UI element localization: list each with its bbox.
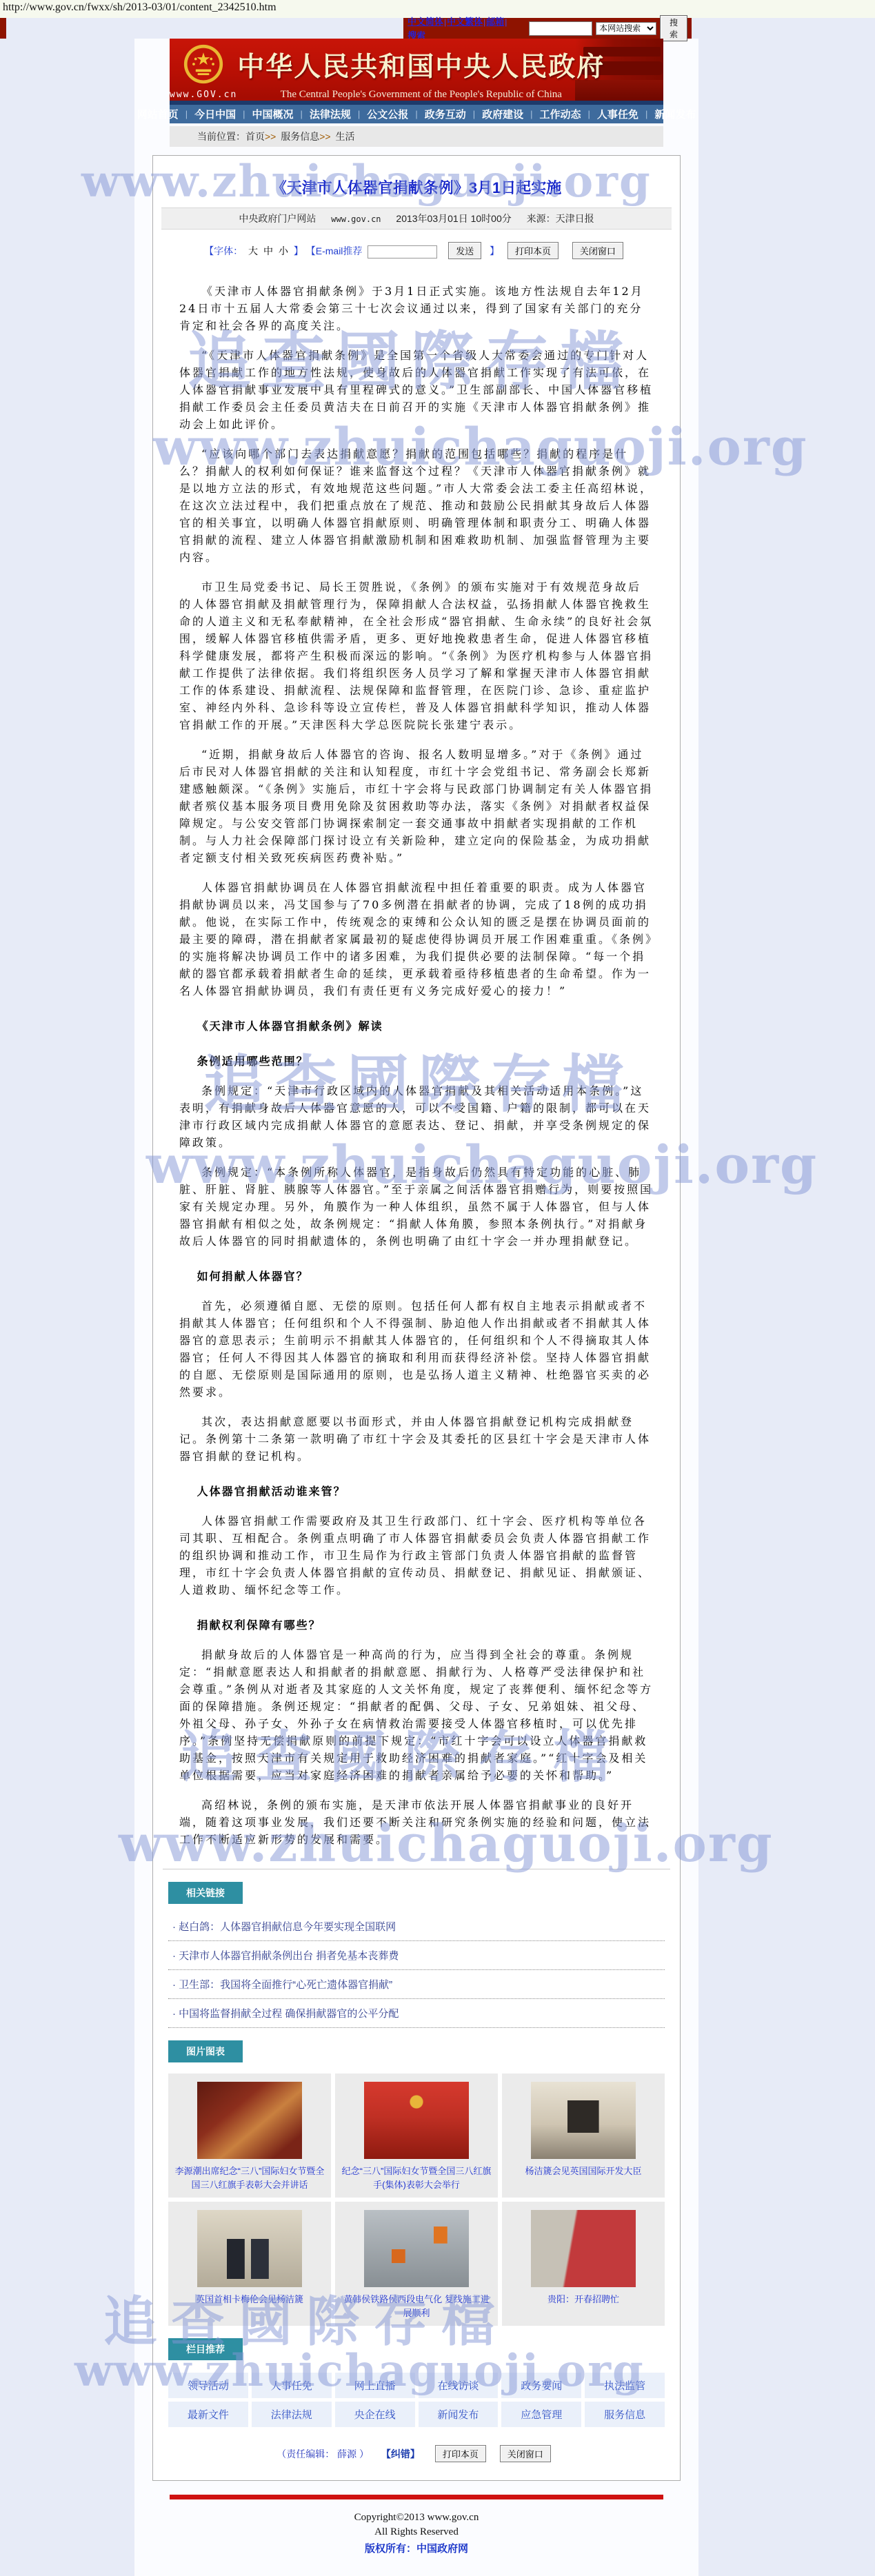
column-link[interactable]: 人事任免 xyxy=(252,2373,332,2398)
photo-gallery-header: 图片图表 xyxy=(168,2040,243,2062)
nav-item-1[interactable]: 网站首页 xyxy=(137,107,179,121)
news-photo[interactable] xyxy=(364,2082,469,2159)
separator: | xyxy=(415,109,417,119)
page-footer: Copyright©2013 www.gov.cn All Rights Res… xyxy=(134,2499,698,2573)
photo-caption[interactable]: 李源潮出席纪念“三八”国际妇女节暨全国三八红旗手表彰大会并讲话 xyxy=(172,2164,327,2192)
photo-caption[interactable]: 贵阳：开春招聘忙 xyxy=(506,2293,661,2306)
topbar-link-2[interactable]: 中文繁体 xyxy=(447,17,483,27)
meta-source-label: 来源： xyxy=(527,213,556,224)
separator: | xyxy=(243,109,245,119)
column-link[interactable]: 服务信息 xyxy=(585,2402,665,2427)
top-utility-row: 中文简体|中文繁体|邮箱|搜索 本网站搜索 搜索 xyxy=(0,18,875,39)
column-recommend-grid: 领导活动人事任免网上直播在线访谈政务要闻执法监管最新文件法律法规央企在线新闻发布… xyxy=(168,2373,665,2427)
breadcrumb-item-2[interactable]: 服务信息 xyxy=(281,131,319,142)
editor-row: （责任编辑： 薛源 ） 【纠错】 打印本页 关闭窗口 xyxy=(168,2445,665,2462)
article-paragraph: 捐献身故后的人体器官是一种高尚的行为，应当得到全社会的尊重。条例规定：“捐献意愿… xyxy=(179,1646,654,1784)
meta-datetime: 2013年03月01日 10时00分 xyxy=(396,213,511,224)
site-title: 中华人民共和国中央人民政府 xyxy=(237,45,605,84)
font-size-option-2[interactable]: 中 xyxy=(263,245,273,256)
news-photo[interactable] xyxy=(197,2082,302,2159)
article-paragraph: 市卫生局党委书记、局长王贺胜说，《条例》的颁布实施对于有效规范身故后的人体器官捐… xyxy=(179,578,654,733)
article-paragraph: 其次，表达捐献意愿要以书面形式，并由人体器官捐献登记机构完成捐献登记。条例第十二… xyxy=(179,1413,654,1465)
photo-caption[interactable]: 英国首相卡梅伦会见杨洁篪 xyxy=(172,2293,327,2306)
separator: | xyxy=(505,17,507,27)
separator: | xyxy=(483,17,485,27)
related-link-4[interactable]: 中国将监督捐献全过程 确保捐献器官的公平分配 xyxy=(168,1999,665,2028)
national-emblem-icon xyxy=(183,43,224,85)
footer-rights: All Rights Reserved xyxy=(134,2526,698,2538)
column-link[interactable]: 央企在线 xyxy=(335,2402,415,2427)
nav-item-3[interactable]: 中国概况 xyxy=(252,107,293,121)
gallery-item-3: 杨洁篪会见英国国际开发大臣 xyxy=(502,2073,665,2198)
close-window-button[interactable]: 关闭窗口 xyxy=(572,242,623,259)
breadcrumb-separator: >> xyxy=(319,131,333,142)
article-paragraph: 人体器官捐献协调员在人体器官捐献流程中担任着重要的职责。成为人体器官捐献协调员以… xyxy=(179,879,654,1000)
separator: | xyxy=(444,17,446,27)
separator: | xyxy=(185,109,188,119)
corner-decoration xyxy=(0,18,6,39)
separator: | xyxy=(473,109,475,119)
email-send-button[interactable]: 发送 xyxy=(448,242,481,259)
email-recommend-input[interactable] xyxy=(368,245,437,258)
column-link[interactable]: 应急管理 xyxy=(501,2402,581,2427)
article-heading: 捐献权利保障有哪些？ xyxy=(179,1616,654,1634)
gallery-item-5: 黄韩侯铁路侯西段电气化 复线施工进展顺利 xyxy=(335,2202,498,2326)
footer-owner-link[interactable]: 版权所有：中国政府网 xyxy=(134,2541,698,2555)
site-header: www.GOV.cn 中华人民共和国中央人民政府 The Central Peo… xyxy=(170,39,663,101)
font-size-option-1[interactable]: 大 xyxy=(248,245,258,256)
breadcrumb-item-1[interactable]: 首页 xyxy=(245,131,265,142)
meta-source-site: 中央政府门户网站 xyxy=(239,213,316,224)
article-title: 《天津市人体器官捐献条例》3月1日起实施 xyxy=(174,176,659,198)
close-window-button-bottom[interactable]: 关闭窗口 xyxy=(500,2445,551,2462)
site-subtitle: The Central People's Government of the P… xyxy=(237,89,605,101)
nav-item-2[interactable]: 今日中国 xyxy=(194,107,236,121)
separator: | xyxy=(645,109,647,119)
gallery-item-1: 李源潮出席纪念“三八”国际妇女节暨全国三八红旗手表彰大会并讲话 xyxy=(168,2073,331,2198)
related-links-list: 赵白鸽：人体器官捐献信息今年要实现全国联网天津市人体器官捐献条例出台 捐者免基本… xyxy=(168,1912,665,2028)
news-photo[interactable] xyxy=(364,2210,469,2287)
article-heading: 条例适用哪些范围？ xyxy=(179,1053,654,1070)
news-photo[interactable] xyxy=(531,2082,636,2159)
breadcrumb: 当前位置： 首页>> 服务信息>> 生活 xyxy=(170,126,663,147)
article-paragraph: “应该向哪个部门去表达捐献意愿？捐献的范围包括哪些？捐献的程序是什么？捐献人的权… xyxy=(179,445,654,566)
article-paragraph: “近期，捐献身故后人体器官的咨询、报名人数明显增多。”对于《条例》通过后市民对人… xyxy=(179,746,654,866)
article-paragraph: 《天津市人体器官捐献条例》于3月1日正式实施。该地方性法规自去年12月24日市十… xyxy=(179,283,654,334)
nav-item-7[interactable]: 政府建设 xyxy=(482,107,523,121)
font-size-option-3[interactable]: 小 xyxy=(279,245,288,256)
site-search-input[interactable] xyxy=(529,21,592,36)
column-link[interactable]: 领导活动 xyxy=(168,2373,248,2398)
gallery-item-6: 贵阳：开春招聘忙 xyxy=(502,2202,665,2326)
nav-item-6[interactable]: 政务互动 xyxy=(425,107,466,121)
related-link-1[interactable]: 赵白鸽：人体器官捐献信息今年要实现全国联网 xyxy=(168,1912,665,1941)
related-links-header: 相关链接 xyxy=(168,1882,243,1904)
article-paragraph: “《天津市人体器官捐献条例》是全国第一个省级人大常委会通过的专门针对人体器官捐献… xyxy=(179,347,654,433)
news-photo[interactable] xyxy=(531,2210,636,2287)
nav-item-8[interactable]: 工作动态 xyxy=(540,107,581,121)
related-link-3[interactable]: 卫生部：我国将全面推行“心死亡遗体器官捐献” xyxy=(168,1970,665,1999)
article-paragraph: 人体器官捐献工作需要政府及其卫生行政部门、红十字会、医疗机构等单位各司其职、互相… xyxy=(179,1512,654,1599)
print-page-button[interactable]: 打印本页 xyxy=(507,242,559,259)
gallery-item-4: 英国首相卡梅伦会见杨洁篪 xyxy=(168,2202,331,2326)
meta-site-url: www.gov.cn xyxy=(331,214,381,224)
column-link[interactable]: 法律法规 xyxy=(252,2402,332,2427)
article-paragraph: 条例规定：“本条例所称人体器官，是指身故后仍然具有特定功能的心脏、肺脏、肝脏、肾… xyxy=(179,1164,654,1250)
photo-gallery: 李源潮出席纪念“三八”国际妇女节暨全国三八红旗手表彰大会并讲话纪念“三八”国际妇… xyxy=(168,2073,665,2326)
header-site-url: www.GOV.cn xyxy=(170,90,237,100)
article-meta-bar: 中央政府门户网站 www.gov.cn 2013年03月01日 10时00分 来… xyxy=(161,207,672,230)
article-paragraph: 首先，必须遵循自愿、无偿的原则。包括任何人都有权自主地表示捐献或者不捐献其人体器… xyxy=(179,1297,654,1401)
editor-credit: （责任编辑： 薛源 ） xyxy=(276,2448,369,2460)
separator: | xyxy=(301,109,303,119)
news-photo[interactable] xyxy=(197,2210,302,2287)
topbar-link-3[interactable]: 邮箱 xyxy=(486,17,504,27)
top-utility-bar: 中文简体|中文繁体|邮箱|搜索 本网站搜索 搜索 xyxy=(403,18,692,39)
print-page-button-bottom[interactable]: 打印本页 xyxy=(435,2445,486,2462)
article-heading: 《天津市人体器官捐献条例》解读 xyxy=(179,1017,654,1035)
separator: | xyxy=(358,109,360,119)
article-heading: 如何捐献人体器官？ xyxy=(179,1268,654,1285)
nav-item-4[interactable]: 法律法规 xyxy=(310,107,351,121)
font-size-label: 【字体： xyxy=(204,245,243,256)
separator: | xyxy=(530,109,532,119)
site-search-button[interactable]: 搜索 xyxy=(660,15,687,41)
nav-item-5[interactable]: 公文公报 xyxy=(367,107,408,121)
article-paragraph: 条例规定：“天津市行政区域内的人体器官捐献及其相关活动适用本条例。”这表明，有捐… xyxy=(179,1082,654,1151)
nav-item-9[interactable]: 人事任免 xyxy=(597,107,638,121)
breadcrumb-separator: >> xyxy=(265,131,279,142)
main-navigation: 网站首页|今日中国|中国概况|法律法规|公文公报|政务互动|政府建设|工作动态|… xyxy=(170,105,663,123)
photo-caption[interactable]: 杨洁篪会见英国国际开发大臣 xyxy=(506,2164,661,2178)
email-recommend-label: 【E-mail推荐 xyxy=(306,245,363,256)
language-links: 中文简体|中文繁体|邮箱|搜索 xyxy=(408,14,525,42)
footer-red-bar xyxy=(170,2495,663,2499)
photo-caption[interactable]: 黄韩侯铁路侯西段电气化 复线施工进展顺利 xyxy=(339,2293,494,2320)
column-recommend-header: 栏目推荐 xyxy=(168,2338,243,2360)
article-heading: 人体器官捐献活动谁来管？ xyxy=(179,1483,654,1500)
error-correction-link[interactable]: 【纠错】 xyxy=(381,2448,420,2460)
column-link[interactable]: 新闻发布 xyxy=(419,2402,499,2427)
topbar-link-1[interactable]: 中文简体 xyxy=(408,17,443,27)
nav-item-10[interactable]: 新闻发布 xyxy=(654,107,696,121)
column-link[interactable]: 执法监管 xyxy=(585,2373,665,2398)
article-toolbar: 【字体： 大中小 】 【E-mail推荐 发送 】 打印本页 关闭窗口 xyxy=(153,242,680,259)
article-paragraph: 高绍林说，条例的颁布实施，是天津市依法开展人体器官捐献事业的良好开端，随着这项事… xyxy=(179,1796,654,1848)
column-link[interactable]: 网上直播 xyxy=(335,2373,415,2398)
search-scope-select[interactable]: 本网站搜索 xyxy=(596,22,656,35)
gallery-item-2: 纪念“三八”国际妇女节暨全国三八红旗手(集体)表彰大会举行 xyxy=(335,2073,498,2198)
column-link[interactable]: 最新文件 xyxy=(168,2402,248,2427)
article-body: 《天津市人体器官捐献条例》于3月1日正式实施。该地方性法规自去年12月24日市十… xyxy=(153,262,680,1848)
related-link-2[interactable]: 天津市人体器官捐献条例出台 捐者免基本丧葬费 xyxy=(168,1941,665,1970)
column-link[interactable]: 在线访谈 xyxy=(419,2373,499,2398)
breadcrumb-item-3[interactable]: 生活 xyxy=(336,131,355,142)
page-canvas: www.GOV.cn 中华人民共和国中央人民政府 The Central Peo… xyxy=(134,39,698,2576)
footer-copyright: Copyright©2013 www.gov.cn xyxy=(134,2512,698,2524)
meta-source: 天津日报 xyxy=(556,213,594,224)
photo-caption[interactable]: 纪念“三八”国际妇女节暨全国三八红旗手(集体)表彰大会举行 xyxy=(339,2164,494,2192)
breadcrumb-label: 当前位置： xyxy=(197,130,245,143)
column-link[interactable]: 政务要闻 xyxy=(501,2373,581,2398)
article-container: 《天津市人体器官捐献条例》3月1日起实施 中央政府门户网站 www.gov.cn… xyxy=(152,155,681,2481)
separator: | xyxy=(588,109,590,119)
